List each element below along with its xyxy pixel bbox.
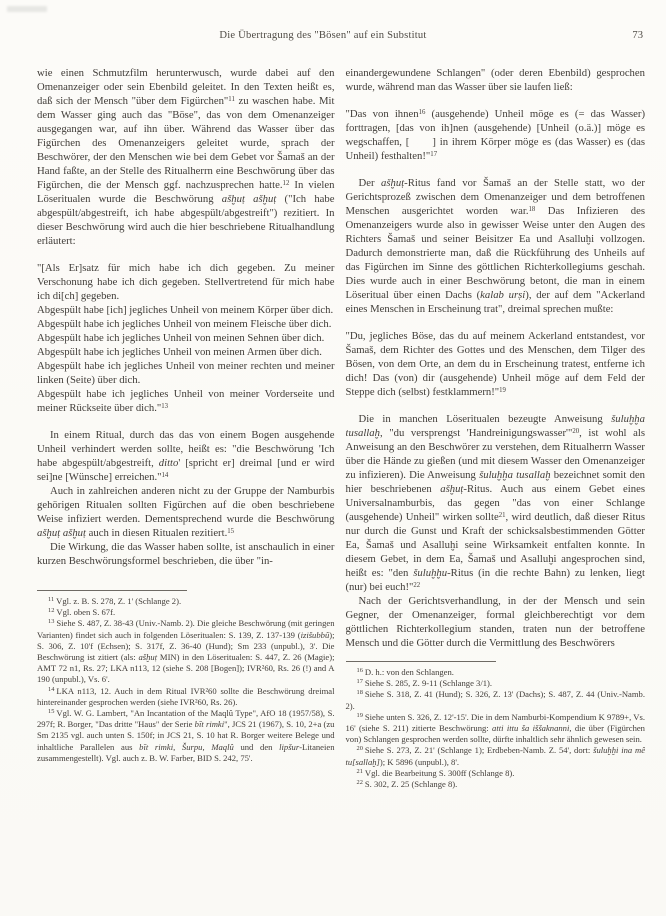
- column-left: wie einen Schmutzfilm herunterwusch, wur…: [37, 66, 335, 790]
- footnote: 22S. 302, Z. 25 (Schlange 8).: [346, 779, 646, 790]
- footnote-ref: 18: [529, 206, 536, 213]
- quote-line: Abgespült habe ich jegliches Unheil von …: [37, 359, 335, 387]
- text-run: LKA n113, 12. Auch in dem Ritual IVR²60 …: [37, 686, 335, 707]
- italic-term: atti ittu ša iššaknanni: [492, 723, 569, 733]
- block-quote: "[Als Er]satz für mich habe ich dich geg…: [37, 261, 335, 415]
- text-run: Abgespült habe ich jegliches Unheil von …: [37, 346, 322, 358]
- footnote-number: 19: [357, 712, 363, 719]
- footnote-number: 22: [357, 779, 363, 786]
- footnote-number: 17: [357, 678, 363, 685]
- block-quote: "Du, jegliches Böse, das du auf meinem A…: [346, 329, 646, 399]
- text-run: ,: [202, 742, 211, 752]
- text-run: Vgl. oben S. 67f.: [56, 607, 115, 617]
- quote-line: "Du, jegliches Böse, das du auf meinem A…: [346, 329, 646, 399]
- footnote-number: 12: [48, 607, 54, 614]
- scan-artifact: [7, 6, 47, 12]
- footnote-ref: 17: [430, 151, 437, 158]
- footnote: 14LKA n113, 12. Auch in dem Ritual IVR²6…: [37, 686, 335, 708]
- text-run: Vgl. die Bearbeitung S. 300ff (Schlange …: [365, 768, 514, 778]
- paragraph: Die in manchen Löseritualen bezeugte Anw…: [346, 412, 646, 594]
- footnote-separator: [346, 661, 496, 662]
- footnote-ref: 11: [228, 96, 235, 103]
- text-run: Abgespült habe ich jegliches Unheil von …: [37, 360, 335, 386]
- block-quote: "Das von ihnen16 (ausgehende) Unheil mög…: [346, 107, 646, 163]
- text-run: ,: [173, 742, 182, 752]
- italic-term: lipšur: [279, 742, 299, 752]
- page-header: Die Übertragung des "Bösen" auf ein Subs…: [37, 30, 645, 45]
- quote-line: Abgespült habe ich jegliches Unheil von …: [37, 345, 335, 359]
- text-run: Abgespült habe ich jegliches Unheil von …: [37, 388, 335, 414]
- paragraph: einandergewundene Schlangen" (oder deren…: [346, 66, 646, 94]
- footnote-number: 20: [357, 745, 363, 752]
- footnote-number: 21: [357, 768, 363, 775]
- italic-term: šuluḫḫu: [413, 567, 447, 579]
- footnote-ref: 21: [499, 512, 506, 519]
- text-run: auch in diesen Ritualen rezitiert.: [86, 527, 227, 539]
- italic-term: Šurpu: [182, 742, 203, 752]
- text-run: S. 302, Z. 25 (Schlange 8).: [365, 779, 457, 789]
- italic-term: ašḫuṭ: [440, 483, 463, 495]
- text-run: zu waschen habe. Mit dem Wasser ging auc…: [37, 95, 335, 191]
- text-run: Siehe S. 273, Z. 21' (Schlange 1); Erdbe…: [365, 745, 593, 755]
- book-page: Die Übertragung des "Bösen" auf ein Subs…: [0, 0, 666, 916]
- text-run: Siehe S. 285, Z. 9-11 (Schlange 3/1).: [365, 678, 492, 688]
- footnote-ref: 16: [419, 109, 426, 116]
- italic-term: izišubbû: [301, 630, 330, 640]
- paragraph: Nach der Gerichtsverhandlung, in der der…: [346, 594, 646, 650]
- text-run: D. h.: von den Schlangen.: [365, 667, 454, 677]
- italic-term: bīt rimki: [195, 719, 224, 729]
- footnote-number: 18: [357, 689, 363, 696]
- footnote-number: 15: [48, 708, 54, 715]
- footnote-ref: 22: [413, 582, 420, 589]
- footnote: 19Siehe unten S. 326, Z. 12'-15'. Die in…: [346, 712, 646, 746]
- text-run: Das Infizieren des Omenanzeigers wurde a…: [346, 205, 646, 301]
- footnote: 16D. h.: von den Schlangen.: [346, 667, 646, 678]
- italic-term: bīt rimki: [139, 742, 173, 752]
- footnote-ref: 20: [572, 428, 579, 435]
- quote-line: Abgespült habe ich jegliches Unheil von …: [37, 331, 335, 345]
- italic-term: kalab urṣi: [480, 289, 525, 301]
- footnote-number: 11: [48, 596, 54, 603]
- quote-line: "[Als Er]satz für mich habe ich dich geg…: [37, 261, 335, 303]
- text-run: Vgl. z. B. S. 278, Z. 1' (Schlange 2).: [56, 596, 181, 606]
- quote-line: Abgespült habe [ich] jegliches Unheil vo…: [37, 303, 335, 317]
- footnote-number: 13: [48, 618, 54, 625]
- text-run: , "du versprengst 'Handreinigungswasser'…: [380, 427, 572, 439]
- quote-line: Abgespült habe ich jegliches Unheil von …: [37, 317, 335, 331]
- footnote: 12Vgl. oben S. 67f.: [37, 607, 335, 618]
- footnote-ref: 13: [161, 403, 168, 410]
- text-run: "Das von ihnen: [346, 108, 419, 120]
- footnote: 21Vgl. die Bearbeitung S. 300ff (Schlang…: [346, 768, 646, 779]
- paragraph: wie einen Schmutzfilm herunterwusch, wur…: [37, 66, 335, 248]
- running-title: Die Übertragung des "Bösen" auf ein Subs…: [37, 30, 609, 41]
- text-columns: wie einen Schmutzfilm herunterwusch, wur…: [37, 66, 645, 790]
- paragraph: Der ašḫuṭ-Ritus fand vor Šamaš an der St…: [346, 176, 646, 316]
- text-run: ); K 5896 (unpubl.), 8'.: [380, 757, 459, 767]
- footnote-separator: [37, 590, 187, 591]
- footnote-ref: 14: [162, 472, 169, 479]
- italic-term: ašḫuṭ: [381, 177, 404, 189]
- text-run: Abgespült habe [ich] jegliches Unheil vo…: [37, 304, 333, 316]
- footnote-ref: 15: [227, 528, 234, 535]
- italic-term: ašḫuṭ: [138, 652, 157, 662]
- text-run: Nach der Gerichtsverhandlung, in der der…: [346, 595, 646, 649]
- footnote: 20Siehe S. 273, Z. 21' (Schlange 1); Erd…: [346, 745, 646, 767]
- text-run: Siehe S. 487, Z. 38-43 (Univ.-Namb. 2). …: [37, 618, 335, 639]
- text-run: Auch in zahlreichen anderen nicht zu der…: [37, 485, 335, 525]
- footnote: 18Siehe S. 318, Z. 41 (Hund); S. 326, Z.…: [346, 689, 646, 711]
- text-run: Abgespült habe ich jegliches Unheil von …: [37, 318, 331, 330]
- footnote-number: 16: [357, 667, 363, 674]
- column-right: einandergewundene Schlangen" (oder deren…: [346, 66, 646, 790]
- text-run: "Du, jegliches Böse, das du auf meinem A…: [346, 330, 646, 398]
- text-run: Der: [359, 177, 382, 189]
- quote-line: Abgespült habe ich jegliches Unheil von …: [37, 387, 335, 415]
- footnote: 17Siehe S. 285, Z. 9-11 (Schlange 3/1).: [346, 678, 646, 689]
- italic-term: šuluḫḫa tusallaḫ: [479, 469, 550, 481]
- text-run: Die in manchen Löseritualen bezeugte Anw…: [359, 413, 612, 425]
- italic-term: ašḫuṭ ašḫuṭ: [37, 527, 86, 539]
- paragraph: Auch in zahlreichen anderen nicht zu der…: [37, 484, 335, 540]
- paragraph: In einem Ritual, durch das das von einem…: [37, 428, 335, 484]
- text-run: Die Wirkung, die das Wasser haben sollte…: [37, 541, 335, 567]
- text-run: "[Als Er]satz für mich habe ich dich geg…: [37, 262, 335, 302]
- italic-term: ditto: [159, 457, 179, 469]
- footnote: 13Siehe S. 487, Z. 38-43 (Univ.-Namb. 2)…: [37, 618, 335, 685]
- paragraph: Die Wirkung, die das Wasser haben sollte…: [37, 540, 335, 568]
- quote-line: "Das von ihnen16 (ausgehende) Unheil mög…: [346, 107, 646, 163]
- italic-term: ašḫuṭ ašḫuṭ: [222, 193, 277, 205]
- footnote: 15Vgl. W. G. Lambert, "An Incantation of…: [37, 708, 335, 764]
- footnote: 11Vgl. z. B. S. 278, Z. 1' (Schlange 2).: [37, 596, 335, 607]
- text-run: Siehe S. 318, Z. 41 (Hund); S. 326, Z. 1…: [346, 689, 646, 710]
- text-run: einandergewundene Schlangen" (oder deren…: [346, 67, 646, 93]
- text-run: Abgespült habe ich jegliches Unheil von …: [37, 332, 324, 344]
- footnote-ref: 19: [499, 387, 506, 394]
- italic-term: Maqlû: [211, 742, 233, 752]
- text-run: und den: [234, 742, 279, 752]
- footnote-ref: 12: [283, 180, 290, 187]
- page-number: 73: [632, 30, 643, 41]
- footnote-number: 14: [48, 686, 54, 693]
